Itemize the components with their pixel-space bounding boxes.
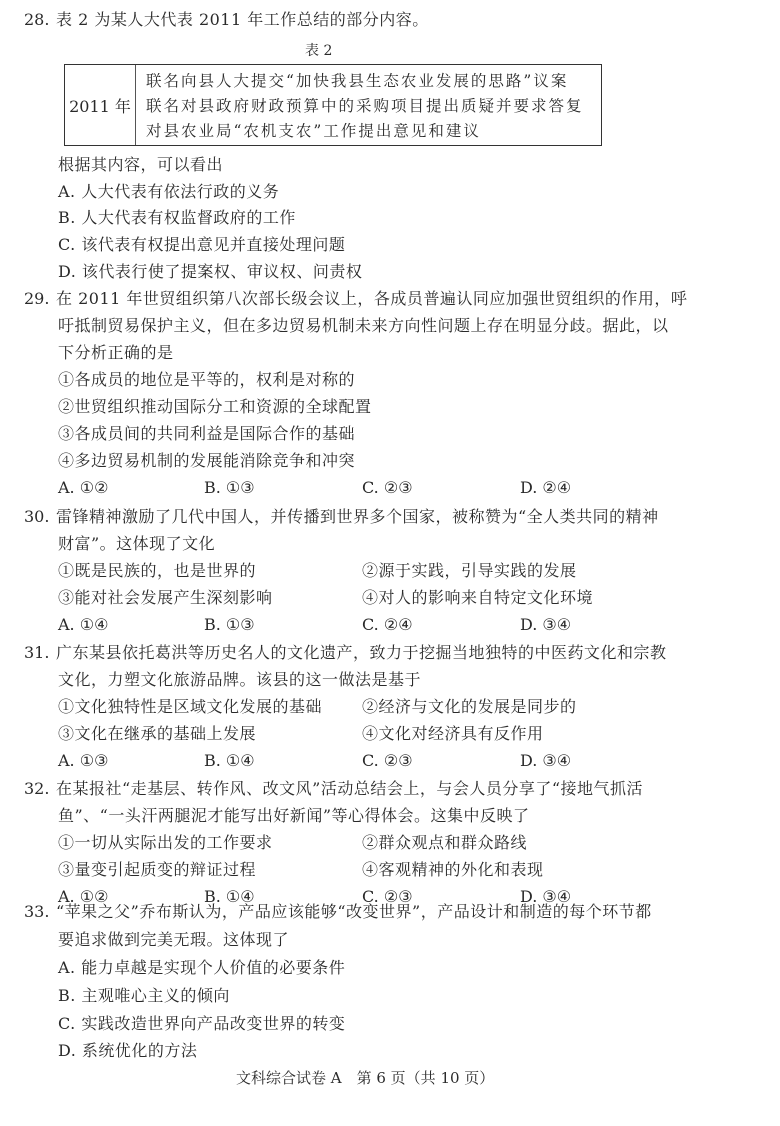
option-b: B. 主观唯心主义的倾向 [58, 986, 230, 1006]
choice-d: D. ③④ [520, 615, 571, 635]
page-footer: 文科综合试卷 A 第 6 页（共 10 页） [236, 1068, 494, 1088]
statement-3: ③各成员间的共同利益是国际合作的基础 [58, 424, 355, 444]
question-stem: 表 2 为某人大代表 2011 年工作总结的部分内容。 [56, 10, 429, 30]
question-stem-line: 下分析正确的是 [58, 343, 174, 363]
choice-b: B. ①④ [204, 751, 255, 771]
table-caption: 表 2 [305, 42, 332, 60]
question-stem-line: 雷锋精神激励了几代中国人，并传播到世界多个国家，被称赞为“全人类共同的精神 [56, 507, 659, 527]
statement-1: ①既是民族的，也是世界的 [58, 561, 256, 581]
question-number: 31. [24, 643, 49, 663]
question-stem-line: 要追求做到完美无瑕。这体现了 [58, 930, 289, 950]
option-c: C. 实践改造世界向产品改变世界的转变 [58, 1014, 345, 1034]
choice-a: A. ①③ [58, 751, 108, 771]
choice-d: D. ②④ [520, 478, 571, 498]
statement-3: ③能对社会发展产生深刻影响 [58, 588, 273, 608]
choice-b: B. ①③ [204, 615, 255, 635]
statement-1: ①文化独特性是区域文化发展的基础 [58, 697, 322, 717]
question-number: 32. [24, 779, 49, 799]
statement-4: ④多边贸易机制的发展能消除竞争和冲突 [58, 451, 355, 471]
question-stem-line: 广东某县依托葛洪等历史名人的文化遗产，致力于挖掘当地独特的中医药文化和宗教 [56, 643, 667, 663]
statement-4: ④客观精神的外化和表现 [362, 860, 544, 880]
option-a: A. 能力卓越是实现个人价值的必要条件 [58, 958, 345, 978]
table-row: 联名对县政府财政预算中的采购项目提出质疑并要求答复 [146, 94, 601, 119]
statement-2: ②经济与文化的发展是同步的 [362, 697, 577, 717]
question-prompt: 根据其内容，可以看出 [58, 155, 223, 175]
option-c: C. 该代表有权提出意见并直接处理问题 [58, 235, 345, 255]
option-d: D. 该代表行使了提案权、审议权、问责权 [58, 262, 362, 282]
question-stem-line: 在某报社“走基层、转作风、改文风”活动总结会上，与会人员分享了“接地气抓活 [56, 779, 643, 799]
question-number: 29. [24, 289, 49, 309]
choice-b: B. ①③ [204, 478, 255, 498]
statement-2: ②源于实践，引导实践的发展 [362, 561, 577, 581]
statement-4: ④文化对经济具有反作用 [362, 724, 544, 744]
choice-c: C. ②④ [362, 615, 413, 635]
option-d: D. 系统优化的方法 [58, 1041, 197, 1061]
choice-c: C. ②③ [362, 478, 413, 498]
question-stem-line: 吁抵制贸易保护主义，但在多边贸易机制未来方向性问题上存在明显分歧。据此，以 [58, 316, 669, 336]
statement-4: ④对人的影响来自特定文化环境 [362, 588, 593, 608]
table-row: 联名向县人大提交“加快我县生态农业发展的思路”议案 [146, 69, 601, 94]
table-year-cell: 2011 年 [65, 65, 136, 145]
statement-3: ③量变引起质变的辩证过程 [58, 860, 256, 880]
statement-2: ②世贸组织推动国际分工和资源的全球配置 [58, 397, 372, 417]
statement-1: ①一切从实际出发的工作要求 [58, 833, 273, 853]
table-content-cell: 联名向县人大提交“加快我县生态农业发展的思路”议案 联名对县政府财政预算中的采购… [136, 65, 601, 145]
statement-2: ②群众观点和群众路线 [362, 833, 527, 853]
choice-d: D. ③④ [520, 751, 571, 771]
choice-a: A. ①④ [58, 615, 108, 635]
table-row: 对县农业局“农机支农”工作提出意见和建议 [146, 119, 601, 144]
question-number: 30. [24, 507, 49, 527]
statement-1: ①各成员的地位是平等的，权利是对称的 [58, 370, 355, 390]
choice-a: A. ①② [58, 478, 108, 498]
statement-3: ③文化在继承的基础上发展 [58, 724, 256, 744]
question-stem-line: 财富”。这体现了文化 [58, 534, 215, 554]
question-stem-line: “苹果之父”乔布斯认为，产品应该能够“改变世界”，产品设计和制造的每个环节都 [56, 902, 652, 922]
table-2: 2011 年 联名向县人大提交“加快我县生态农业发展的思路”议案 联名对县政府财… [64, 64, 602, 146]
question-number: 33. [24, 902, 49, 922]
option-b: B. 人大代表有权监督政府的工作 [58, 208, 296, 228]
question-stem-line: 鱼”、“一头汗两腿泥才能写出好新闻”等心得体会。这集中反映了 [58, 806, 530, 826]
option-a: A. 人大代表有依法行政的义务 [58, 182, 279, 202]
question-stem-line: 文化，力塑文化旅游品牌。该县的这一做法是基于 [58, 670, 421, 690]
question-number: 28. [24, 10, 49, 30]
choice-c: C. ②③ [362, 751, 413, 771]
question-stem-line: 在 2011 年世贸组织第八次部长级会议上，各成员普遍认同应加强世贸组织的作用，… [56, 289, 687, 309]
